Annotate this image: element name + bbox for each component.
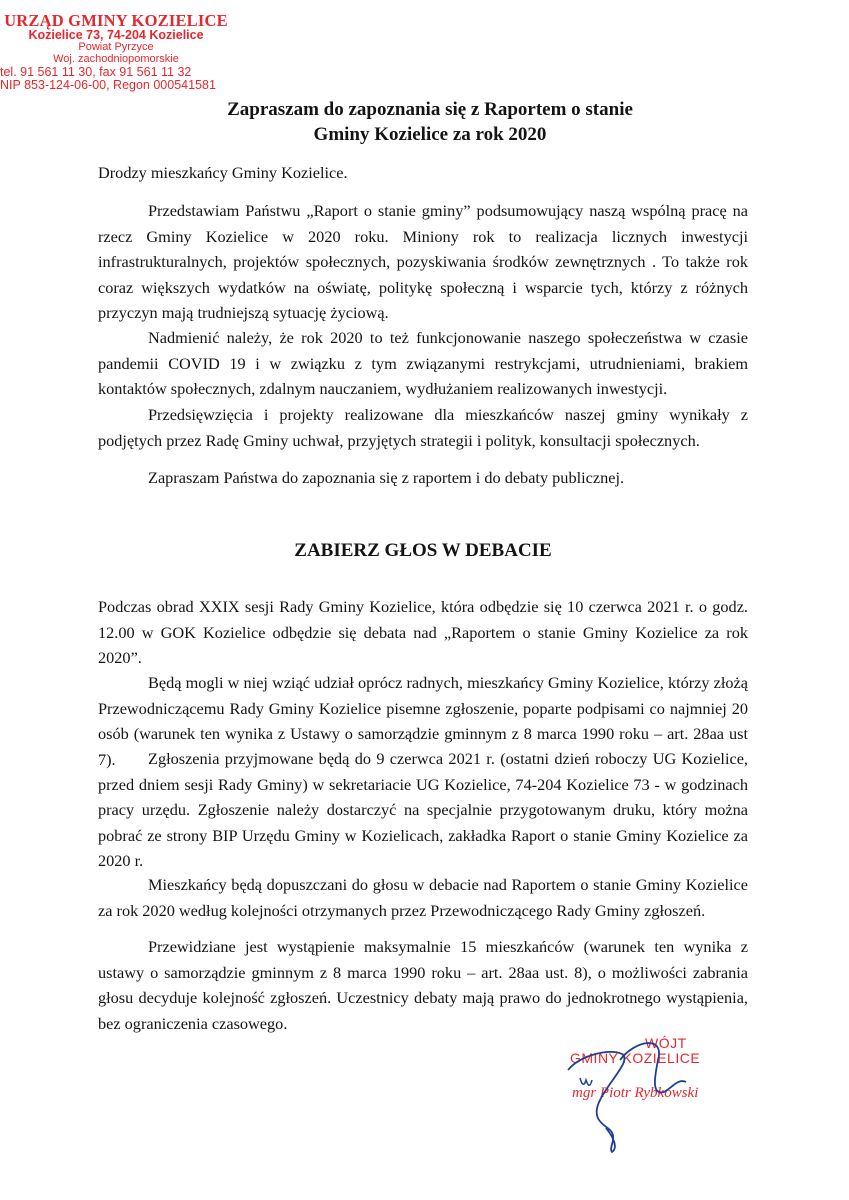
stamp-phone-fax: tel. 91 561 11 30, fax 91 561 11 32	[0, 66, 230, 79]
office-stamp: URZĄD GMINY KOZIELICE Kozielice 73, 74-2…	[2, 12, 230, 92]
salutation: Drodzy mieszkańcy Gminy Kozielice.	[98, 160, 748, 186]
handwritten-signature-icon	[560, 1030, 760, 1160]
debate-paragraph: Przewidziane jest wystąpienie maksymalni…	[98, 934, 748, 1036]
document-title: Zapraszam do zapoznania się z Raportem o…	[150, 97, 710, 147]
signature-block: WÓJT GMINY KOZIELICE mgr Piotr Rybkowski	[560, 1030, 760, 1160]
debate-paragraph: Mieszkańcy będą dopuszczani do głosu w d…	[98, 872, 748, 923]
intro-paragraph: Przedstawiam Państwu „Raport o stanie gm…	[98, 198, 748, 326]
title-line-2: Gminy Kozielice za rok 2020	[150, 122, 710, 147]
stamp-voivodeship: Woj. zachodniopomorskie	[2, 54, 230, 66]
intro-paragraph: Nadmienić należy, że rok 2020 to też fun…	[98, 325, 748, 402]
debate-heading: ZABIERZ GŁOS W DEBACIE	[98, 540, 748, 562]
debate-paragraph: Zgłoszenia przyjmowane będą do 9 czerwca…	[98, 746, 748, 874]
intro-paragraph: Przedsięwzięcia i projekty realizowane d…	[98, 402, 748, 453]
stamp-ids: NIP 853-124-06-00, Regon 000541581	[0, 79, 230, 92]
debate-paragraph: Podczas obrad XXIX sesji Rady Gminy Kozi…	[98, 594, 748, 671]
title-line-1: Zapraszam do zapoznania się z Raportem o…	[150, 97, 710, 122]
intro-paragraph: Zapraszam Państwa do zapoznania się z ra…	[98, 465, 748, 491]
stamp-organization: URZĄD GMINY KOZIELICE	[2, 12, 230, 29]
